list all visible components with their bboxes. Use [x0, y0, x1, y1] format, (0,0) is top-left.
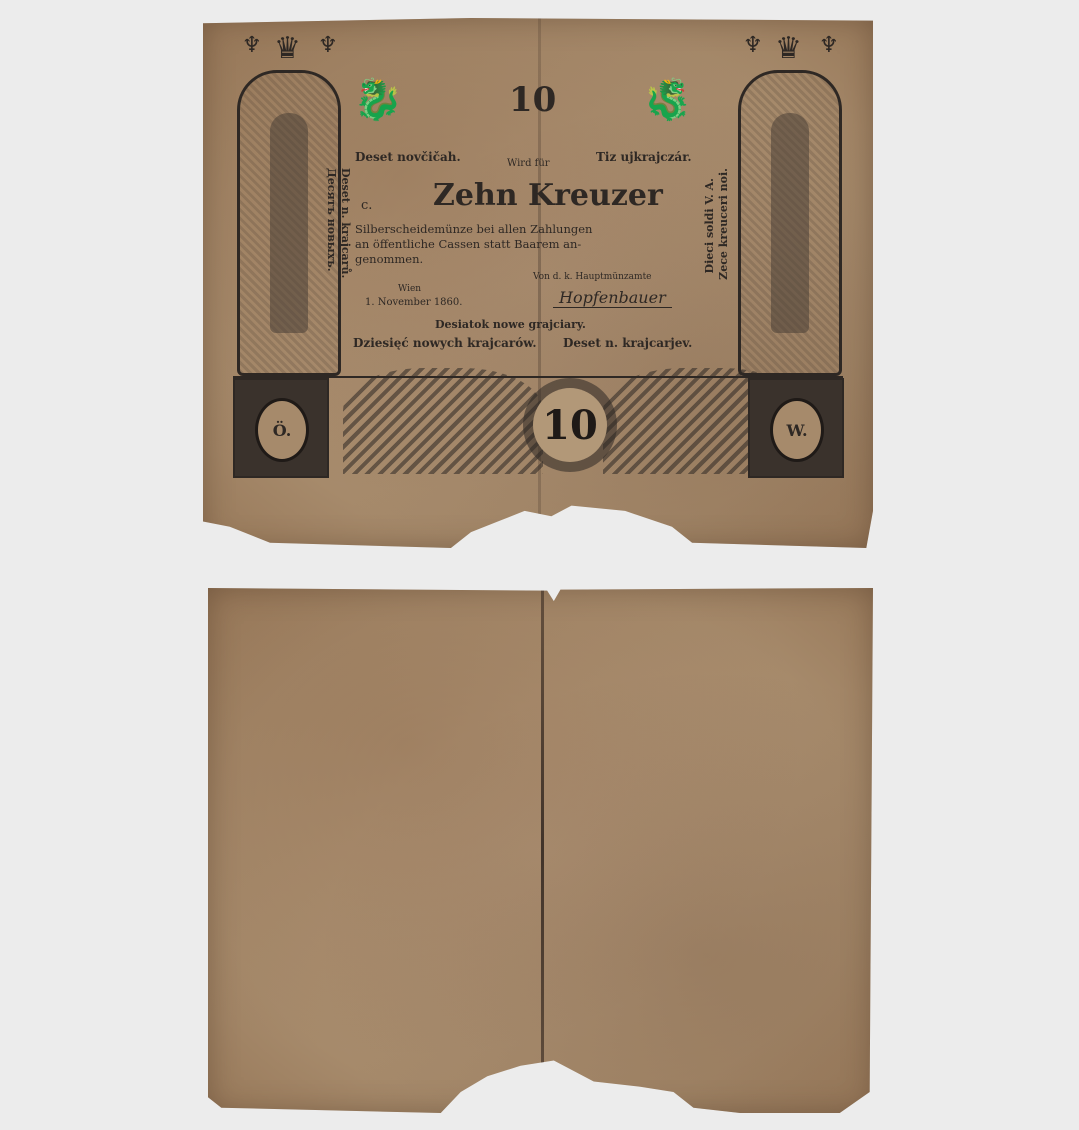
- dragon-left-icon: 🐉: [353, 76, 403, 123]
- corner-left-label: Ö.: [255, 398, 309, 462]
- header-left: Deset novčičah.: [355, 150, 461, 164]
- corner-left-box: Ö.: [233, 378, 329, 478]
- issuing-office: Von d. k. Hauptmünzamte: [533, 272, 652, 282]
- place: Wien: [398, 284, 421, 294]
- body-line: genommen.: [355, 252, 695, 267]
- top-denomination: 10: [509, 80, 556, 120]
- note-title: Zehn Kreuzer: [433, 178, 663, 213]
- spire-icon: ♆: [819, 33, 839, 58]
- body-line: Silberscheidemünze bei allen Zahlungen: [355, 222, 695, 237]
- left-vertical-ruthenian: Десятъ новыхъ.: [325, 168, 338, 272]
- footer-right: Deset n. krajcarjev.: [563, 336, 692, 350]
- issue-date: 1. November 1860.: [365, 297, 462, 308]
- dragon-right-icon: 🐉: [643, 76, 693, 123]
- center-denomination: 10: [533, 388, 607, 462]
- footer-left: Dziesięć nowych krajcarów.: [353, 336, 537, 350]
- double-eagle-icon: ♛: [274, 31, 301, 66]
- allegorical-figure: [771, 113, 809, 333]
- series-letter: c.: [361, 198, 372, 213]
- spire-icon: ♆: [743, 33, 763, 58]
- signature: Hopfenbauer: [553, 288, 672, 308]
- right-vertical-italian: Dieci soldi V. A.: [703, 178, 716, 273]
- body-line: an öffentliche Cassen statt Baarem an-: [355, 237, 695, 252]
- spire-icon: ♆: [242, 33, 262, 58]
- bottom-ornament-band: Ö. 10 W.: [233, 376, 843, 476]
- banknote-front: ♆ ♛ ♆ ♆ ♛ ♆ 🐉 🐉 10 Deset novčičah. Wird …: [203, 18, 873, 548]
- fold-crease: [541, 588, 544, 1113]
- trophy-left: [343, 368, 543, 474]
- body-text: Silberscheidemünze bei allen Zahlungen a…: [355, 222, 695, 267]
- corner-right-box: W.: [748, 378, 844, 478]
- banknote-back: [208, 588, 873, 1113]
- right-ornament-panel: ♆ ♛ ♆: [738, 70, 842, 376]
- right-vertical-romanian: Zece kreuceri noi.: [717, 168, 730, 280]
- left-vertical-czech: Deset n. krajcarů.: [339, 168, 352, 278]
- double-eagle-icon: ♛: [775, 31, 802, 66]
- spire-icon: ♆: [318, 33, 338, 58]
- slovak-line: Desiatok nowe grajciary.: [435, 318, 586, 331]
- hercules-figure: [270, 113, 308, 333]
- corner-right-label: W.: [770, 398, 824, 462]
- header-center: Wird für: [507, 158, 550, 169]
- header-right: Tiz ujkrajczár.: [596, 150, 692, 164]
